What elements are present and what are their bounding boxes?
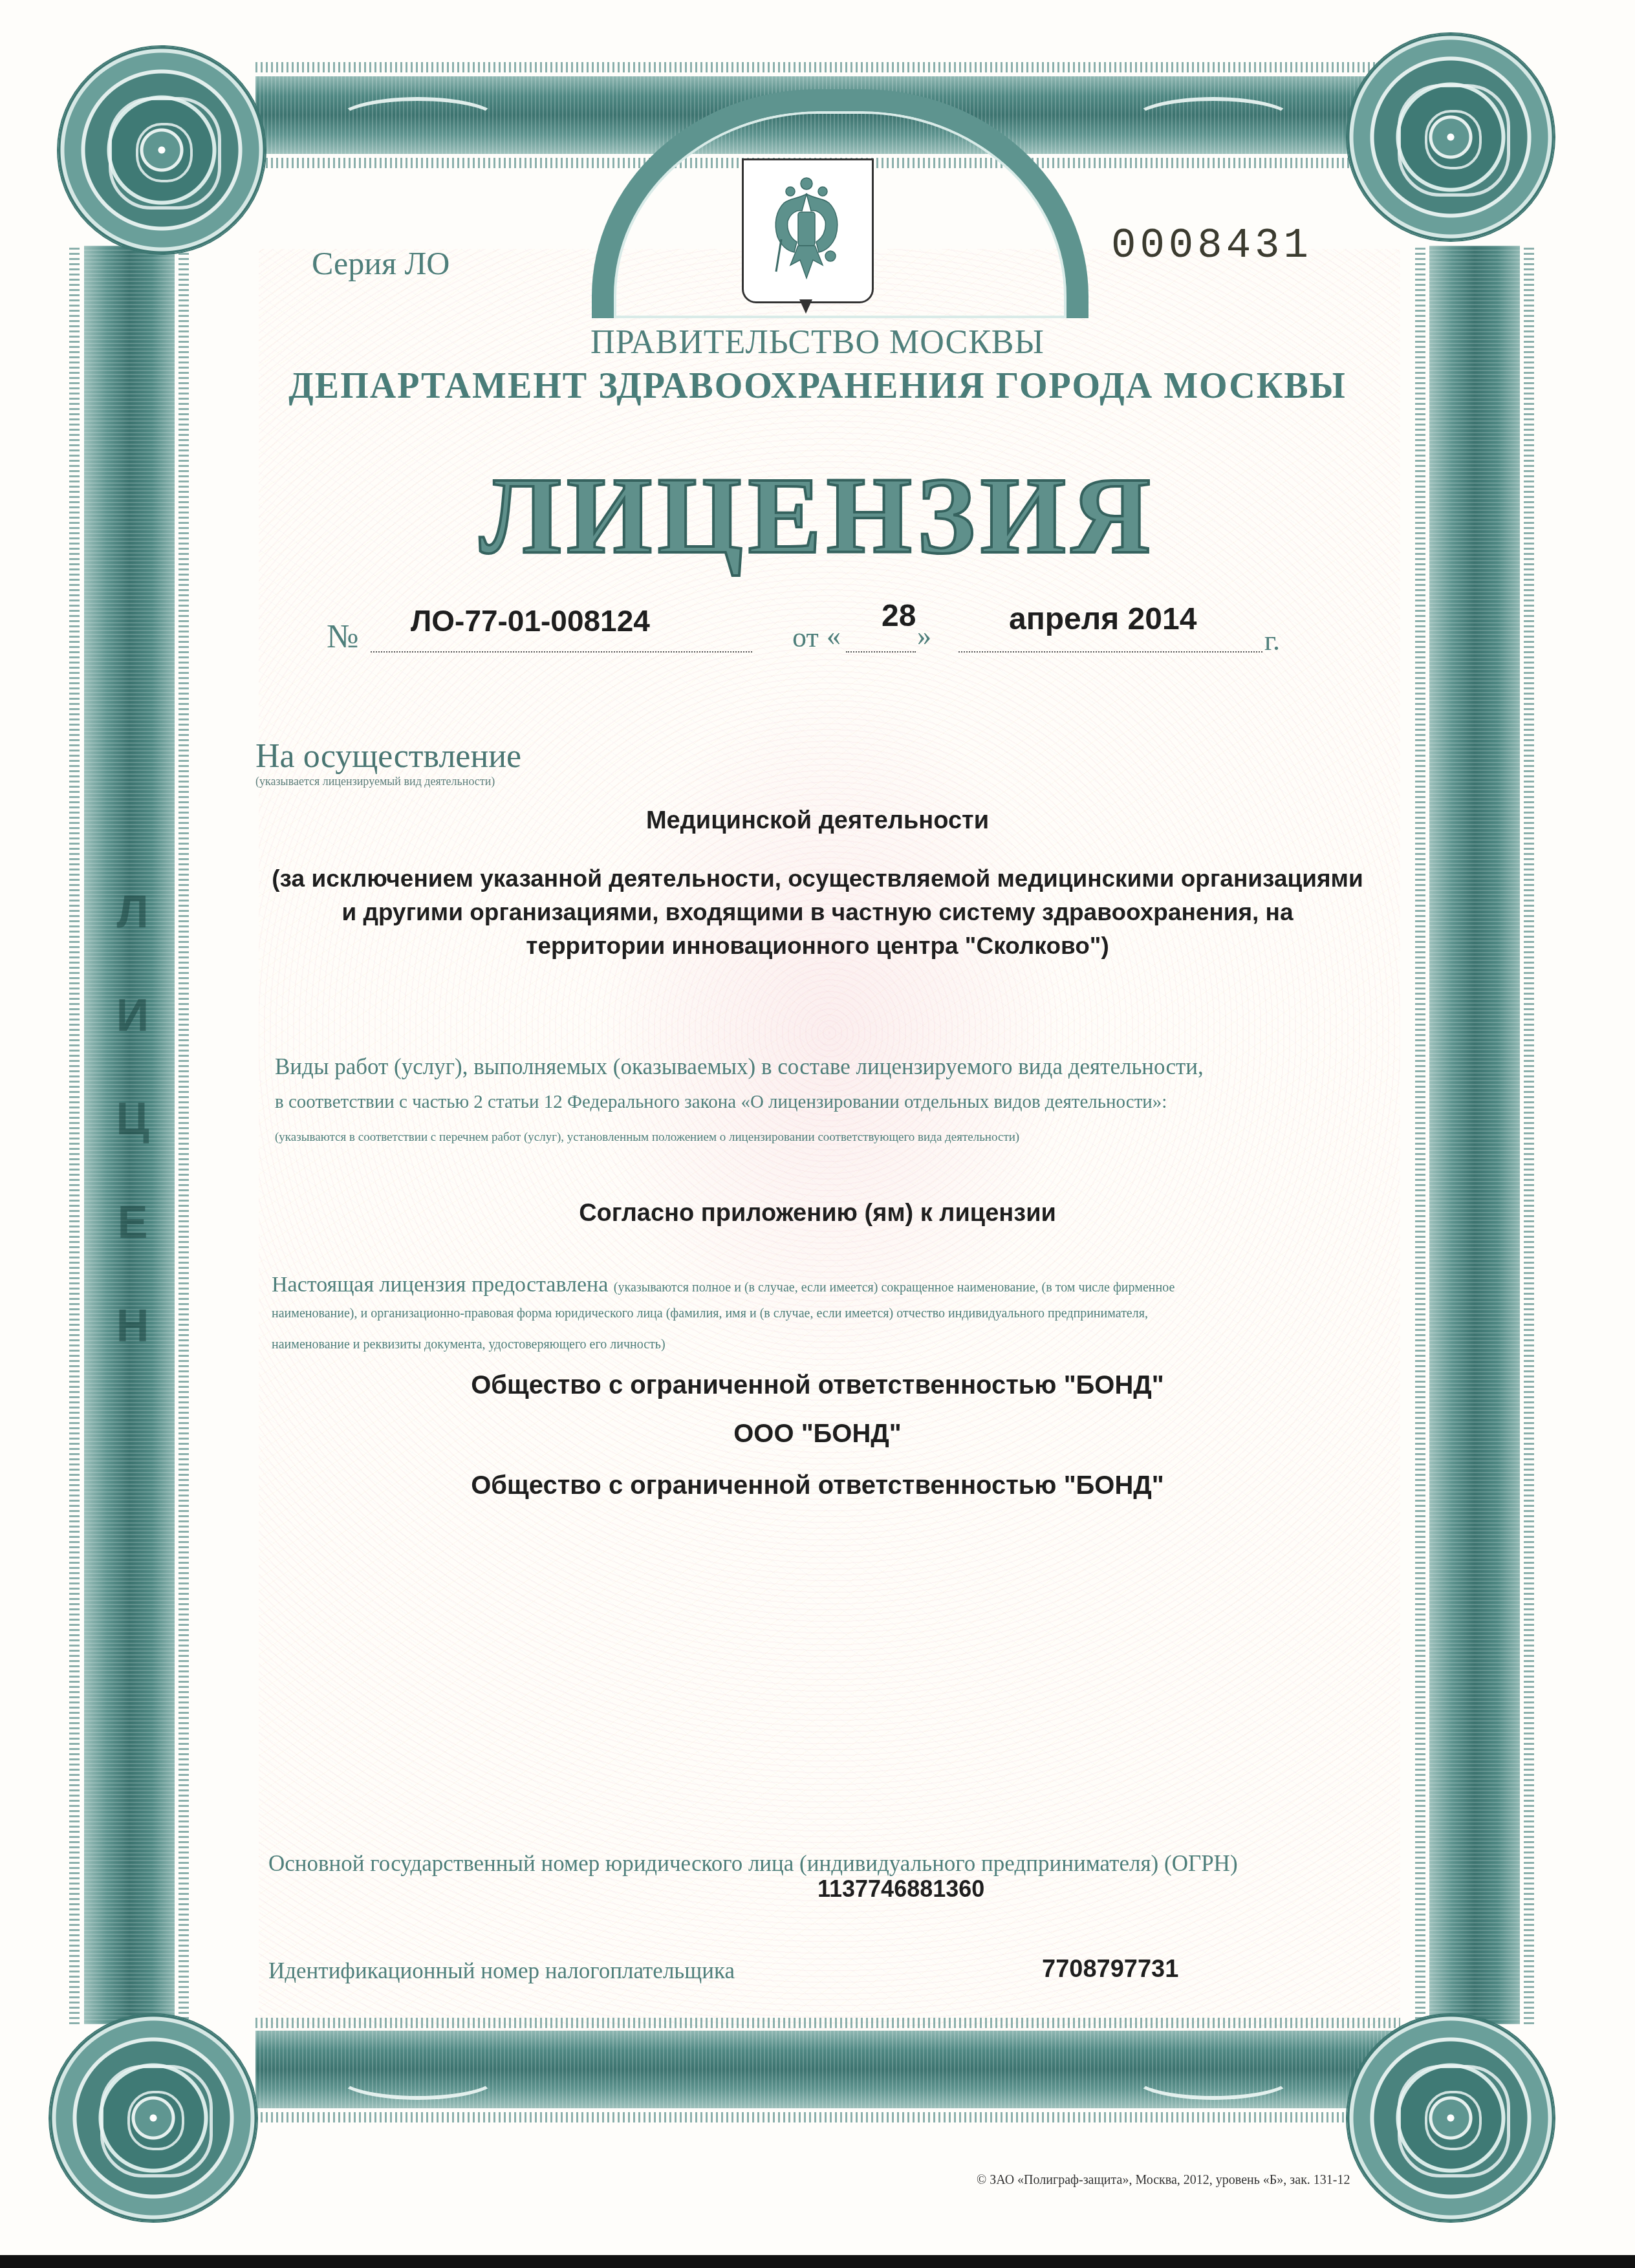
department-name: ДЕПАРТАМЕНТ ЗДРАВООХРАНЕНИЯ ГОРОДА МОСКВ… <box>0 365 1635 407</box>
granted-hint-3: наименование и реквизиты документа, удос… <box>272 1337 666 1352</box>
license-number: ЛО-77-01-008124 <box>411 603 650 638</box>
border-microprint-top-outer <box>255 62 1400 72</box>
organization-short-name: ООО "БОНД" <box>0 1420 1635 1449</box>
works-label-line1: Виды работ (услуг), выполняемых (оказыва… <box>275 1054 1204 1080</box>
activity-exclusion-line: (за исключением указанной деятельности, … <box>0 862 1635 896</box>
granted-label-line: Настоящая лицензия предоставлена (указыв… <box>272 1273 1175 1297</box>
granted-hint-1: (указываются полное и (в случае, если им… <box>614 1280 1175 1295</box>
activity-exclusion: (за исключением указанной деятельности, … <box>0 862 1635 963</box>
border-wave <box>1132 97 1295 144</box>
printer-footer: © ЗАО «Полиграф-защита», Москва, 2012, у… <box>977 2173 1350 2188</box>
government-name: ПРАВИТЕЛЬСТВО МОСКВЫ <box>0 323 1635 362</box>
border-wave <box>336 2053 499 2100</box>
border-wave <box>336 97 499 144</box>
granted-label: Настоящая лицензия предоставлена <box>272 1273 608 1297</box>
series-label: Серия ЛО <box>312 244 449 282</box>
activity-value: Медицинской деятельности <box>0 807 1635 835</box>
activity-label: На осуществление <box>255 737 521 775</box>
works-value: Согласно приложению (ям) к лицензии <box>0 1200 1635 1227</box>
number-label: № <box>327 618 359 656</box>
quote-open: « <box>827 620 841 653</box>
year-suffix: г. <box>1264 624 1280 657</box>
day-underline <box>846 651 916 653</box>
organization-firm-name: Общество с ограниченной ответственностью… <box>0 1471 1635 1500</box>
granted-hint-2: наименование), и организационно-правовая… <box>272 1306 1148 1321</box>
inn-label: Идентификационный номер налогоплательщик… <box>268 1958 735 1984</box>
shield-tip <box>799 299 812 314</box>
license-month-year: апреля 2014 <box>1009 601 1196 637</box>
number-underline <box>371 651 752 653</box>
ogrn-value: 1137746881360 <box>817 1875 984 1903</box>
works-label-line2: в соответствии с частью 2 статьи 12 Феде… <box>275 1092 1167 1113</box>
border-wave <box>1132 2053 1295 2100</box>
rosette-icon-top-left <box>58 47 265 254</box>
organization-full-name: Общество с ограниченной ответственностью… <box>0 1371 1635 1400</box>
activity-sublabel: (указывается лицензируемый вид деятельно… <box>255 775 495 788</box>
rosette-icon-bottom-right <box>1347 2014 1554 2221</box>
serial-number: 0008431 <box>1111 223 1312 270</box>
works-sublabel: (указываются в соответствии с перечнем р… <box>275 1130 1019 1145</box>
border-microprint-bottom-outer <box>255 2112 1400 2122</box>
date-from-label: от <box>792 621 819 654</box>
quote-close: » <box>917 620 931 653</box>
scan-edge <box>0 2255 1635 2268</box>
inn-value: 7708797731 <box>1042 1956 1178 1983</box>
month-underline <box>958 651 1262 653</box>
ogrn-label: Основной государственный номер юридическ… <box>268 1851 1238 1877</box>
license-page: ЛИЦЕН Серия ЛО 0008431 ПРАВИТЕЛЬСТВО МОС… <box>0 0 1635 2255</box>
activity-exclusion-line: и другими организациями, входящими в час… <box>0 896 1635 929</box>
license-day: 28 <box>882 598 916 634</box>
rosette-icon-bottom-left <box>50 2014 257 2221</box>
double-headed-eagle-icon <box>771 175 842 283</box>
border-microprint-bottom-inner <box>255 2018 1400 2028</box>
document-title: ЛИЦЕНЗИЯ <box>0 453 1635 579</box>
rosette-icon-top-right <box>1347 34 1554 241</box>
activity-exclusion-line: территории инновационного центра "Сколко… <box>0 929 1635 963</box>
